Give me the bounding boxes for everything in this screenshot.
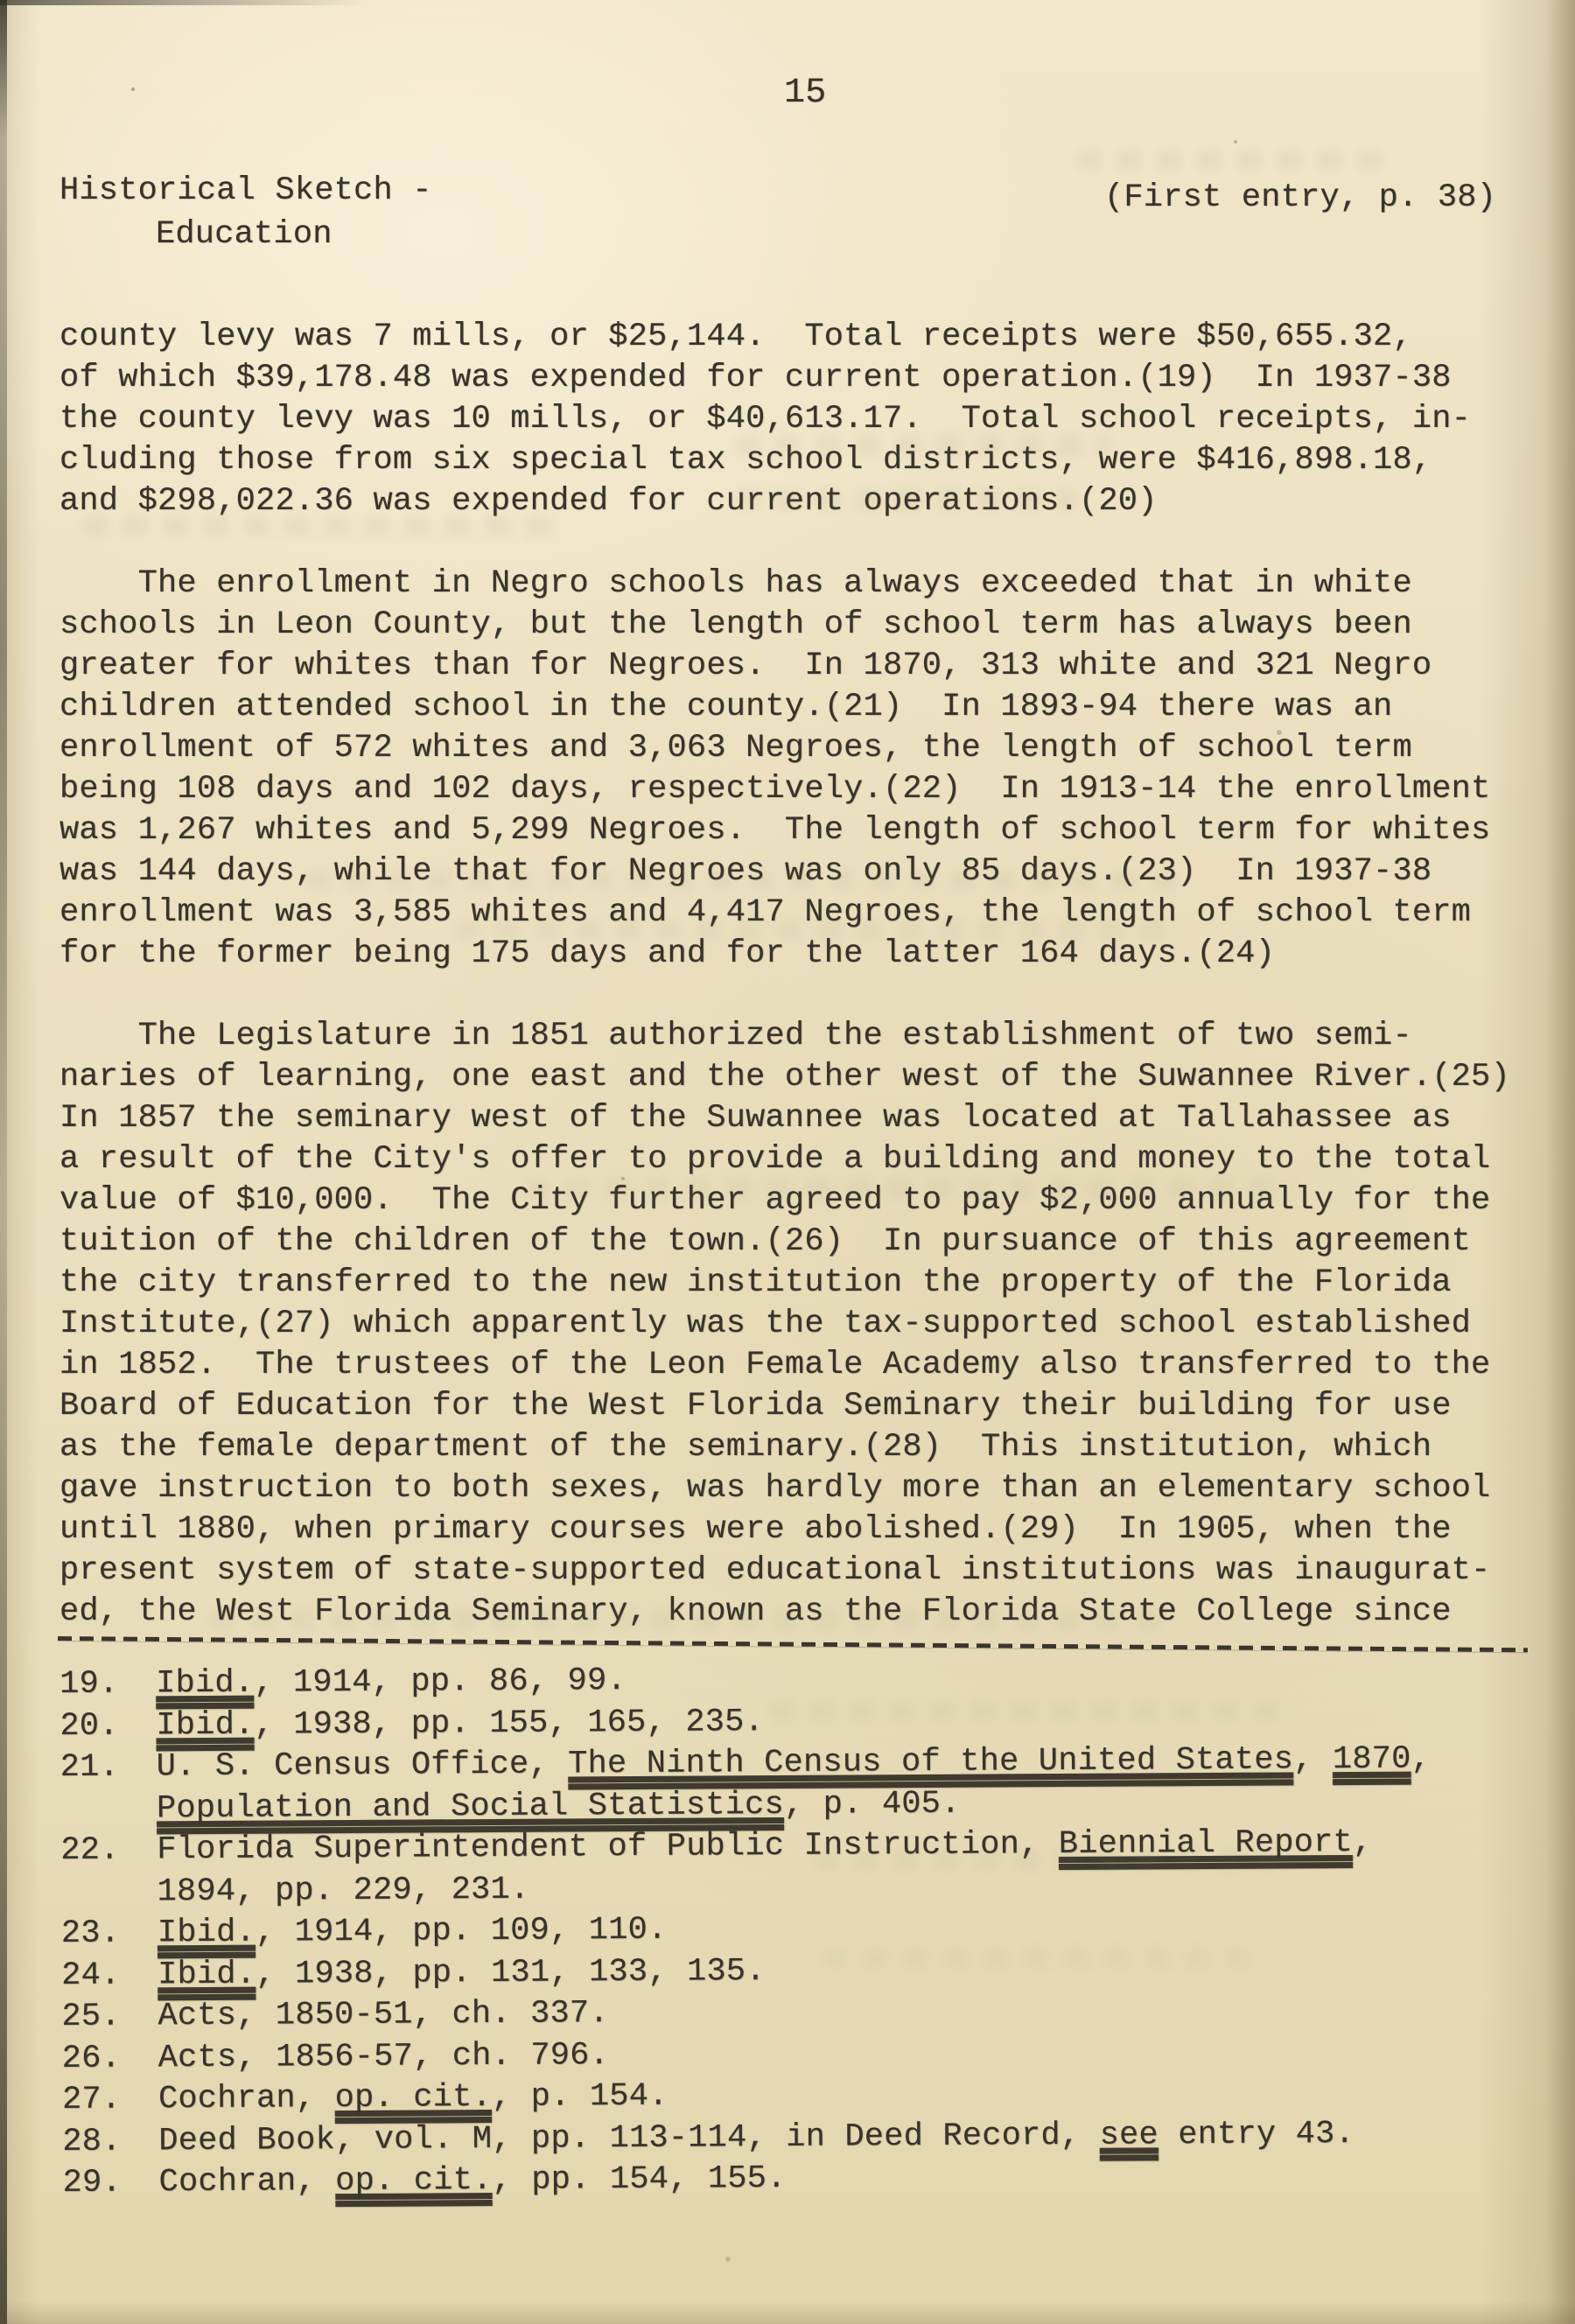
scan-edge-top xyxy=(0,0,367,5)
header-subtitle: Education xyxy=(59,213,432,256)
body-line: being 108 days and 102 days, respectivel… xyxy=(59,769,1510,810)
citation-text: Acts, 1850-51, ch. 337. xyxy=(157,1995,609,2034)
page-number: 15 xyxy=(784,73,826,113)
body-line: greater for whites than for Negroes. In … xyxy=(59,646,1510,687)
footnote-item: 28.Deed Book, vol. M, pp. 113-114, in De… xyxy=(62,2113,1433,2163)
footnote-number: 27. xyxy=(62,2079,158,2121)
body-line: gave instruction to both sexes, was hard… xyxy=(59,1468,1510,1509)
body-line: of which $39,178.48 was expended for cur… xyxy=(59,358,1510,399)
body-line: In 1857 the seminary west of the Suwanne… xyxy=(59,1098,1510,1139)
footnote-line: Cochran, op. cit., p. 154. xyxy=(158,2076,668,2121)
footnote-line: Ibid., 1914, pp. 109, 110. xyxy=(157,1910,668,1955)
page-content: 15 Historical Sketch - Education (First … xyxy=(0,0,1575,2324)
footnote-text: Ibid., 1938, pp. 131, 133, 135. xyxy=(157,1951,766,1997)
footnote-text: Ibid., 1938, pp. 155, 165, 235. xyxy=(156,1702,764,1747)
scan-shadow-bottom xyxy=(0,2301,1575,2324)
underlined-citation-text: Ibid. xyxy=(157,1956,255,1993)
footnote-number: 26. xyxy=(62,2038,158,2080)
citation-text: , 1914, pp. 109, 110. xyxy=(255,1912,668,1951)
footnote-number: 19. xyxy=(59,1663,156,1705)
header-title: Historical Sketch - xyxy=(59,169,432,213)
underlined-citation-text: Ibid. xyxy=(156,1665,254,1703)
paragraph-3: The Legislature in 1851 authorized the e… xyxy=(59,1016,1510,1633)
body-line: present system of state-supported educat… xyxy=(59,1550,1510,1592)
citation-text: , xyxy=(1410,1740,1431,1777)
footnote-item: 21.U. S. Census Office, The Ninth Census… xyxy=(60,1739,1431,1830)
footnote-line: U. S. Census Office, The Ninth Census of… xyxy=(157,1739,1431,1788)
footnote-text: Acts, 1856-57, ch. 796. xyxy=(158,2035,610,2080)
footnote-text: Cochran, op. cit., p. 154. xyxy=(158,2076,668,2121)
footnote-line: Ibid., 1938, pp. 155, 165, 235. xyxy=(156,1702,764,1747)
scan-shadow-right xyxy=(1545,0,1575,2324)
footnotes-list: 19.Ibid., 1914, pp. 86, 99.20.Ibid., 193… xyxy=(59,1655,1433,2204)
bleed-through-smudge xyxy=(735,490,1076,509)
body-line: county levy was 7 mills, or $25,144. Tot… xyxy=(59,317,1510,358)
citation-text: , p. 154. xyxy=(492,2078,668,2116)
underlined-citation-text: op. cit. xyxy=(335,2079,492,2117)
bleed-through-smudge xyxy=(735,436,1111,455)
footnote-number: 29. xyxy=(62,2162,158,2204)
bleed-through-smudge xyxy=(83,516,556,535)
citation-text: , pp. 154, 155. xyxy=(492,2160,786,2199)
footnote-line: Ibid., 1914, pp. 86, 99. xyxy=(156,1661,626,1705)
footnote-text: Ibid., 1914, pp. 109, 110. xyxy=(157,1910,668,1955)
underlined-citation-text: Ibid. xyxy=(156,1706,254,1744)
underlined-citation-text: The Ninth Census of the United States xyxy=(568,1741,1293,1782)
footnote-line: Acts, 1850-51, ch. 337. xyxy=(157,1993,609,2038)
bleed-through-smudge xyxy=(770,1702,1295,1721)
footnote-line: 1894, pp. 229, 231. xyxy=(157,1864,1372,1913)
bleed-through-smudge xyxy=(814,1851,1286,1870)
footnote-text: Deed Book, vol. M, pp. 113-114, in Deed … xyxy=(158,2113,1354,2162)
footnote-text: Acts, 1850-51, ch. 337. xyxy=(157,1993,609,2038)
citation-text: , 1938, pp. 131, 133, 135. xyxy=(255,1953,766,1993)
footnote-item: 29.Cochran, op. cit., pp. 154, 155. xyxy=(62,2154,1433,2204)
header-left: Historical Sketch - Education xyxy=(59,169,432,256)
underlined-citation-text: see xyxy=(1100,2117,1158,2153)
body-line: The enrollment in Negro schools has alwa… xyxy=(59,563,1510,605)
footnote-number: 24. xyxy=(61,1955,157,1997)
citation-text: U. S. Census Office, xyxy=(157,1746,569,1785)
body-text: county levy was 7 mills, or $25,144. Tot… xyxy=(59,317,1510,1633)
underlined-citation-text: Population and Social Statistics xyxy=(157,1786,784,1826)
body-line: was 1,267 whites and 5,299 Negroes. The … xyxy=(59,810,1510,851)
footnote-number: 25. xyxy=(61,1996,157,2038)
body-line: a result of the City's offer to provide … xyxy=(59,1139,1510,1180)
body-line: schools in Leon County, but the length o… xyxy=(59,605,1510,646)
body-line: enrollment of 572 whites and 3,063 Negro… xyxy=(59,728,1510,769)
body-line: until 1880, when primary courses were ab… xyxy=(59,1509,1510,1550)
scanned-document-page: 15 Historical Sketch - Education (First … xyxy=(0,0,1575,2324)
citation-text: Cochran, xyxy=(158,2080,335,2117)
body-line: Institute,(27) which apparently was the … xyxy=(59,1304,1510,1345)
footnote-separator-dashed-line xyxy=(58,1636,1528,1652)
bleed-through-smudge xyxy=(455,920,1181,940)
citation-text: Acts, 1856-57, ch. 796. xyxy=(158,2037,610,2076)
bleed-through-smudge xyxy=(1076,150,1382,170)
body-line: for the former being 175 days and for th… xyxy=(59,934,1510,975)
body-line: the county levy was 10 mills, or $40,613… xyxy=(59,399,1510,440)
footnote-number: 20. xyxy=(59,1705,156,1747)
body-line: children attended school in the county.(… xyxy=(59,687,1510,728)
body-line: in 1852. The trustees of the Leon Female… xyxy=(59,1345,1510,1386)
footnote-text: Ibid., 1914, pp. 86, 99. xyxy=(156,1661,626,1705)
bleed-through-smudge xyxy=(210,1610,1172,1629)
citation-text: , 1914, pp. 86, 99. xyxy=(254,1662,626,1702)
footnote-line: Acts, 1856-57, ch. 796. xyxy=(158,2035,610,2080)
body-line: as the female department of the seminary… xyxy=(59,1427,1510,1468)
underlined-citation-text: 1870 xyxy=(1333,1741,1411,1779)
citation-text: , p. 405. xyxy=(784,1785,961,1823)
body-line: tuition of the children of the town.(26)… xyxy=(59,1221,1510,1263)
paragraph-2: The enrollment in Negro schools has alwa… xyxy=(59,563,1510,975)
bleed-through-smudge xyxy=(306,871,1181,890)
body-line: The Legislature in 1851 authorized the e… xyxy=(59,1016,1510,1057)
body-line: Board of Education for the West Florida … xyxy=(59,1386,1510,1427)
footnote-text: Cochran, op. cit., pp. 154, 155. xyxy=(158,2159,786,2204)
bleed-through-smudge xyxy=(525,1179,1295,1199)
footnote-line: Deed Book, vol. M, pp. 113-114, in Deed … xyxy=(158,2113,1354,2162)
citation-text: , 1938, pp. 155, 165, 235. xyxy=(254,1704,764,1744)
bleed-through-smudge xyxy=(822,1949,1260,1969)
citation-text: , xyxy=(1293,1741,1333,1778)
dust-specks xyxy=(131,87,135,91)
underlined-citation-text: Ibid. xyxy=(157,1914,255,1952)
footnote-number: 23. xyxy=(61,1913,157,1955)
citation-text: Cochran, xyxy=(158,2163,335,2201)
citation-text: entry 43. xyxy=(1158,2115,1354,2152)
body-line: naries of learning, one east and the oth… xyxy=(59,1057,1510,1098)
footnote-line: Cochran, op. cit., pp. 154, 155. xyxy=(158,2159,786,2204)
footnote-number: 21. xyxy=(60,1746,157,1788)
underlined-citation-text: op. cit. xyxy=(335,2162,492,2200)
footnote-number: 22. xyxy=(60,1830,157,1872)
citation-text: , xyxy=(1353,1824,1373,1861)
footnote-line: Ibid., 1938, pp. 131, 133, 135. xyxy=(157,1951,766,1997)
header-entry-reference: (First entry, p. 38) xyxy=(1104,176,1496,220)
footnote-text: U. S. Census Office, The Ninth Census of… xyxy=(157,1739,1431,1830)
body-line: the city transferred to the new institut… xyxy=(59,1263,1510,1304)
scan-edge-left xyxy=(0,0,7,2324)
citation-text: 1894, pp. 229, 231. xyxy=(157,1871,529,1910)
footnote-number: 28. xyxy=(62,2121,158,2163)
citation-text: Deed Book, vol. M, pp. 113-114, in Deed … xyxy=(158,2117,1100,2159)
